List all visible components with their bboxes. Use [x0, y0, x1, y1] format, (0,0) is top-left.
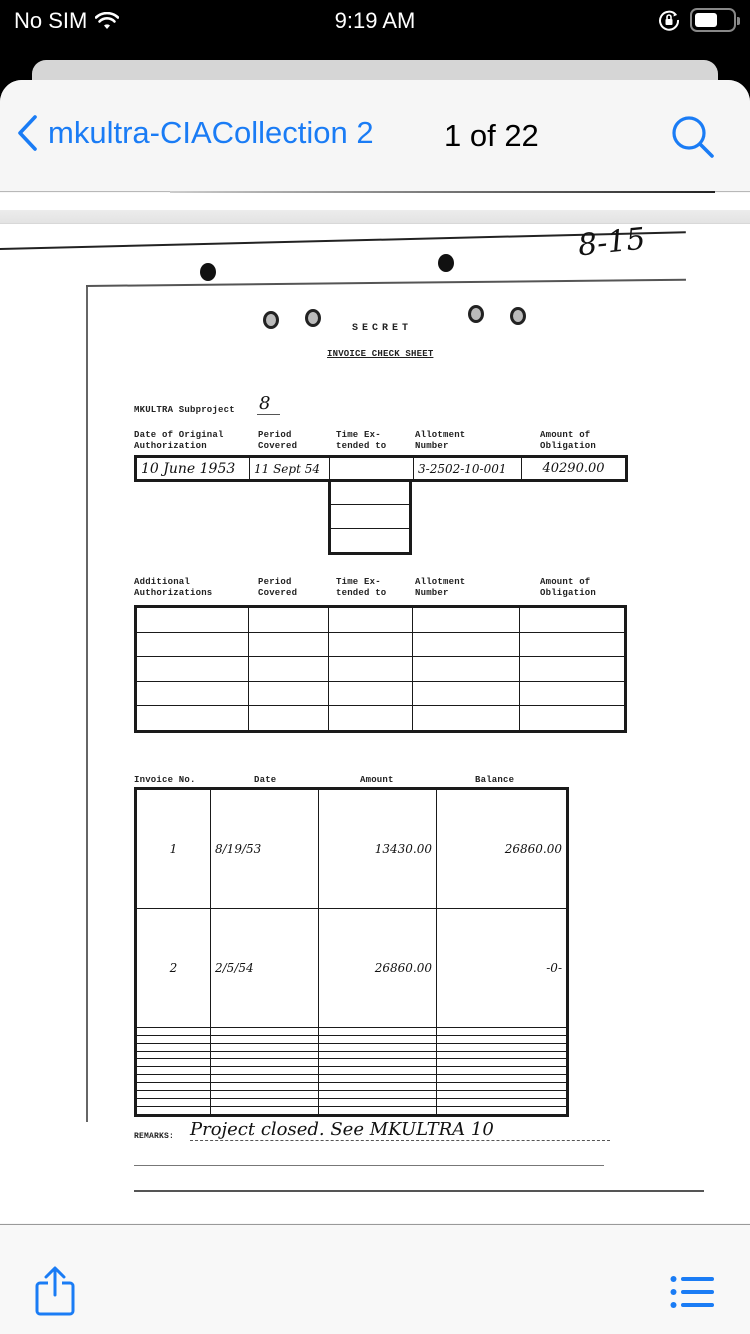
- remarks-line: [134, 1190, 704, 1192]
- cell: 26860.00: [319, 908, 437, 1027]
- cell: 1: [137, 790, 211, 909]
- document-page: 8-15 SECRET INVOICE CHECK SHEET MKULTRA …: [0, 225, 750, 1223]
- remarks-label: REMARKS:: [134, 1131, 174, 1142]
- punch-hole: [305, 309, 321, 327]
- col-header: Period Covered: [258, 577, 313, 599]
- additional-authorizations-table: [134, 605, 627, 733]
- cell: 13430.00: [319, 790, 437, 909]
- invoice-table: 1 8/19/53 13430.00 26860.00 2 2/5/54 268…: [134, 787, 569, 1117]
- bottom-toolbar: [0, 1224, 750, 1334]
- outline-button[interactable]: [670, 1275, 716, 1314]
- cell: [330, 458, 414, 480]
- document-scroll-area[interactable]: 8-15 SECRET INVOICE CHECK SHEET MKULTRA …: [0, 193, 750, 1223]
- share-icon: [34, 1265, 76, 1317]
- clock: 9:19 AM: [0, 8, 750, 34]
- corner-note: 8-15: [576, 222, 647, 264]
- scan-edge-left: [86, 287, 88, 1122]
- col-header: Invoice No.: [134, 775, 196, 786]
- col-header: Date: [254, 775, 276, 786]
- col-header: Amount of Obligation: [540, 577, 610, 599]
- share-button[interactable]: [34, 1265, 76, 1322]
- nav-bar: mkultra-CIACollection 2 1 of 22: [0, 80, 750, 192]
- col-header: Period Covered: [258, 430, 313, 452]
- battery-icon: [690, 8, 736, 32]
- page-indicator: 1 of 22: [444, 118, 539, 154]
- cell: 2/5/54: [211, 908, 319, 1027]
- table-row: 2 2/5/54 26860.00 -0-: [137, 908, 567, 1027]
- subproject-label: MKULTRA Subproject: [134, 405, 235, 416]
- col-header: Amount of Obligation: [540, 430, 610, 452]
- col-header: Date of Original Authorization: [134, 430, 244, 452]
- time-extended-column: [328, 480, 412, 555]
- col-header: Amount: [360, 775, 394, 786]
- cell: 26860.00: [437, 790, 567, 909]
- cell: 2: [137, 908, 211, 1027]
- back-label: mkultra-CIACollection 2: [48, 115, 374, 151]
- search-button[interactable]: [670, 114, 716, 165]
- back-button[interactable]: mkultra-CIACollection 2: [16, 114, 374, 152]
- classification-label: SECRET: [352, 323, 412, 334]
- remarks-value: Project closed. See MKULTRA 10: [190, 1119, 610, 1141]
- list-icon: [670, 1275, 716, 1309]
- subproject-value: 8: [257, 393, 280, 415]
- punch-hole: [263, 311, 279, 329]
- punch-hole: [438, 254, 454, 272]
- cell: -0-: [437, 908, 567, 1027]
- col-header: Balance: [475, 775, 514, 786]
- cell: 3-2502-10-001: [414, 458, 522, 480]
- document-title: INVOICE CHECK SHEET: [327, 349, 433, 360]
- col-header: Allotment Number: [415, 430, 475, 452]
- cell: 8/19/53: [211, 790, 319, 909]
- cell: 11 Sept 54: [250, 458, 330, 480]
- punch-hole: [200, 263, 216, 281]
- col-header: Time Ex-tended to: [336, 577, 396, 599]
- cell: 10 June 1953: [137, 458, 250, 480]
- col-header: Time Ex-tended to: [336, 430, 396, 452]
- table-row: 1 8/19/53 13430.00 26860.00: [137, 790, 567, 909]
- chevron-left-icon: [16, 114, 38, 152]
- cell: 40290.00: [522, 458, 626, 480]
- status-bar: No SIM 9:19 AM: [0, 0, 750, 40]
- punch-hole: [468, 305, 484, 323]
- document-viewer-sheet: mkultra-CIACollection 2 1 of 22 8-15 SEC…: [0, 80, 750, 1334]
- orientation-lock-icon: [658, 9, 680, 31]
- search-icon: [670, 114, 716, 160]
- punch-hole: [510, 307, 526, 325]
- remarks-line: [134, 1165, 604, 1166]
- original-authorization-table: 10 June 1953 11 Sept 54 3-2502-10-001 40…: [134, 455, 628, 482]
- scan-edge-inner: [86, 279, 686, 287]
- col-header: Allotment Number: [415, 577, 475, 599]
- col-header: Additional Authorizations: [134, 577, 234, 599]
